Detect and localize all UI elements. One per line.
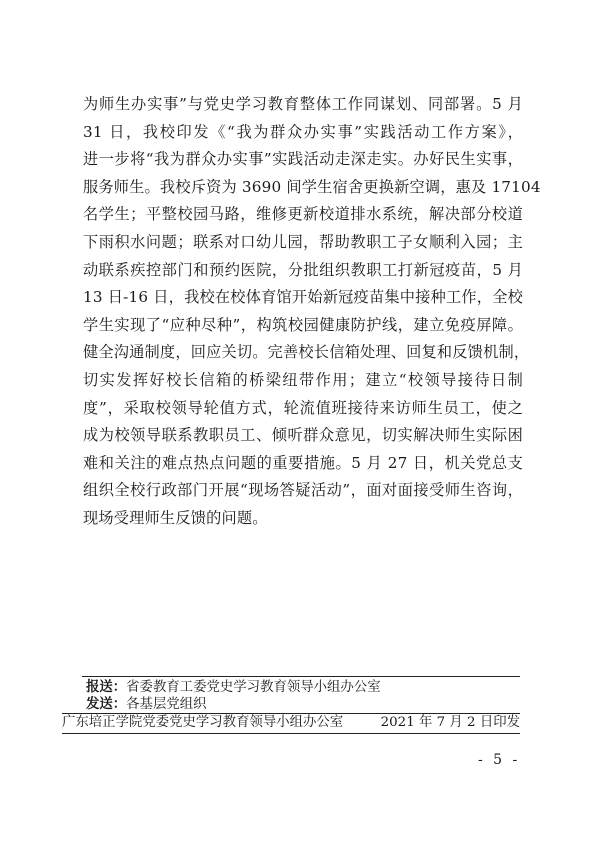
- report-to-label: 报送：: [86, 679, 126, 695]
- body-line: 度”，采取校领导轮值方式，轮流值班接待来访师生员工，使之: [83, 395, 523, 423]
- body-line: 切实发挥好校长信箱的桥梁纽带作用；建立“校领导接待日制: [83, 367, 523, 395]
- body-line: 服务师生。我校斥资为 3690 间学生宿舍更换新空调，惠及 17104: [83, 174, 523, 202]
- body-line: 13 日-16 日，我校在校体育馆开始新冠疫苗集中接种工作，全校: [83, 284, 523, 312]
- body-line: 现场受理师生反馈的问题。: [83, 505, 523, 533]
- body-line: 名学生；平整校园马路，维修更新校道排水系统，解决部分校道: [83, 201, 523, 229]
- issue-date: 2021 年 7 月 2 日印发: [381, 714, 520, 732]
- body-line: 为师生办实事”与党史学习教育整体工作同谋划、同部署。5 月: [83, 91, 523, 119]
- send-to-label: 发送：: [86, 696, 126, 712]
- body-line: 难和关注的难点热点问题的重要措施。5 月 27 日，机关党总支: [83, 450, 523, 478]
- send-to-value: 各基层党组织: [126, 697, 206, 712]
- body-line: 成为校领导联系教职员工、倾听群众意见，切实解决师生实际困: [83, 422, 523, 450]
- body-line: 进一步将“我为群众办实事”实践活动走深走实。办好民生实事，: [83, 146, 523, 174]
- footer-bottom-rule: [62, 733, 520, 734]
- body-line: 组织全校行政部门开展“现场答疑活动”，面对面接受师生咨询，: [83, 477, 523, 505]
- body-line: 下雨积水问题；联系对口幼儿园，帮助教职工子女顺利入园；主: [83, 229, 523, 257]
- footer-top-rule: [82, 676, 520, 677]
- page-number: - 5 -: [478, 752, 520, 768]
- send-to-row: 发送：各基层党组织: [86, 695, 207, 714]
- issuer-row: 广东培正学院党委党史学习教育领导小组办公室 2021 年 7 月 2 日印发: [62, 714, 520, 732]
- document-body: 为师生办实事”与党史学习教育整体工作同谋划、同部署。5 月 31 日，我校印发《…: [83, 91, 523, 533]
- body-line: 健全沟通制度，回应关切。完善校长信箱处理、回复和反馈机制，: [83, 339, 523, 367]
- report-to-value: 省委教育工委党史学习教育领导小组办公室: [126, 680, 380, 695]
- body-line: 学生实现了“应种尽种”，构筑校园健康防护线，建立免疫屏障。: [83, 312, 523, 340]
- body-line: 动联系疾控部门和预约医院，分批组织教职工打新冠疫苗，5 月: [83, 257, 523, 285]
- body-line: 31 日，我校印发《“我为群众办实事”实践活动工作方案》，: [83, 119, 523, 147]
- issuer-name: 广东培正学院党委党史学习教育领导小组办公室: [62, 714, 343, 732]
